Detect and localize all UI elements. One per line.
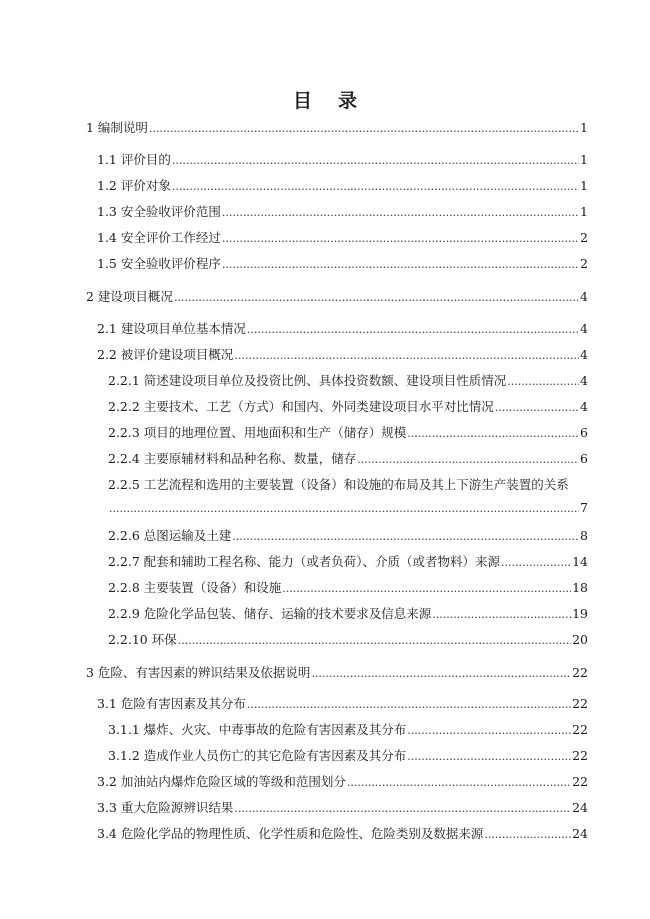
dot-leader <box>109 500 579 515</box>
toc-entry[interactable]: 3.1.2 造成作业人员伤亡的其它危险有害因素及其分布22 <box>108 746 588 764</box>
toc-page-number: 1 <box>580 178 588 193</box>
dot-leader <box>407 722 571 737</box>
toc-entry[interactable]: 1.1 评价目的1 <box>97 150 588 168</box>
toc-entry-label: 2.2.8 主要装置（设备）和设施 <box>108 578 281 596</box>
toc-page-number: 7 <box>580 500 588 515</box>
toc-entry[interactable]: 3.3 重大危险源辨识结果24 <box>97 798 588 816</box>
toc-entry[interactable]: 2.1 建设项目单位基本情况4 <box>97 319 588 337</box>
toc-page-number: 24 <box>572 826 588 841</box>
toc-page-number: 24 <box>572 800 588 815</box>
dot-leader <box>172 152 579 167</box>
toc-page-number: 22 <box>572 722 588 737</box>
toc-entry[interactable]: 2 建设项目概况4 <box>86 287 588 305</box>
toc-entry-label: 2.2.6 总图运输及土建 <box>108 526 231 544</box>
dot-leader <box>247 696 571 711</box>
toc-page-number: 4 <box>580 373 588 388</box>
toc-page-number: 8 <box>580 528 588 543</box>
toc-entry[interactable]: 1.3 安全验收评价范围1 <box>97 202 588 220</box>
toc-page-number: 20 <box>572 632 588 647</box>
page-title: 目录 <box>0 86 650 113</box>
toc-page-number: 22 <box>572 774 588 789</box>
dot-leader <box>507 373 579 388</box>
toc-page-number: 1 <box>580 152 588 167</box>
toc-entry-label: 2.2 被评价建设项目概况 <box>97 345 233 363</box>
dot-leader <box>347 774 571 789</box>
dot-leader <box>432 606 571 621</box>
toc-entry-label: 1.1 评价目的 <box>97 150 171 168</box>
toc-entry-label: 1.5 安全验收评价程序 <box>97 254 221 272</box>
toc-entry[interactable]: 2.2.5 工艺流程和选用的主要装置（设备）和设施的布局及其上下游生产装置的关系 <box>108 475 588 493</box>
dot-leader <box>172 178 579 193</box>
toc-entry-label: 2.2.10 环保 <box>108 630 177 648</box>
toc-entry[interactable]: 7 <box>108 500 588 515</box>
toc-page-number: 2 <box>580 256 588 271</box>
toc-entry-label: 3.3 重大危险源辨识结果 <box>97 798 233 816</box>
toc-entry[interactable]: 1 编制说明1 <box>86 118 588 136</box>
toc-entry[interactable]: 2.2.9 危险化学品包装、储存、运输的技术要求及信息来源19 <box>108 604 588 622</box>
toc-entry-label: 1 编制说明 <box>86 118 148 136</box>
toc-entry[interactable]: 2.2.6 总图运输及土建8 <box>108 526 588 544</box>
dot-leader <box>174 289 579 304</box>
toc-entry[interactable]: 3.4 危险化学品的物理性质、化学性质和危险性、危险类别及数据来源24 <box>97 824 588 842</box>
dot-leader <box>234 800 571 815</box>
dot-leader <box>501 554 571 569</box>
toc-page-number: 4 <box>580 289 588 304</box>
toc-entry[interactable]: 2.2.8 主要装置（设备）和设施18 <box>108 578 588 596</box>
toc-entry[interactable]: 2.2.2 主要技术、工艺（方式）和国内、外同类建设项目水平对比情况4 <box>108 397 588 415</box>
toc-entry-label: 3.1.2 造成作业人员伤亡的其它危险有害因素及其分布 <box>108 746 406 764</box>
toc-page-number: 22 <box>572 665 588 680</box>
toc-entry-label: 2.2.2 主要技术、工艺（方式）和国内、外同类建设项目水平对比情况 <box>108 397 494 415</box>
toc-entry-label: 2.2.3 项目的地理位置、用地面积和生产（储存）规模 <box>108 423 406 441</box>
toc-page-number: 22 <box>572 748 588 763</box>
toc-entry[interactable]: 2.2.7 配套和辅助工程名称、能力（或者负荷）、介质（或者物料）来源14 <box>108 552 588 570</box>
toc-entry-label: 1.2 评价对象 <box>97 176 171 194</box>
toc-page-number: 6 <box>580 425 588 440</box>
dot-leader <box>232 528 579 543</box>
toc-entry[interactable]: 1.4 安全评价工作经过2 <box>97 228 588 246</box>
toc-entry[interactable]: 2.2.3 项目的地理位置、用地面积和生产（储存）规模6 <box>108 423 588 441</box>
dot-leader <box>222 256 579 271</box>
toc-entry-label: 2.2.5 工艺流程和选用的主要装置（设备）和设施的布局及其上下游生产装置的关系 <box>108 475 569 493</box>
toc-entry-label: 2.2.1 简述建设项目单位及投资比例、具体投资数额、建设项目性质情况 <box>108 371 506 389</box>
toc-entry-label: 3.2 加油站内爆炸危险区域的等级和范围划分 <box>97 772 346 790</box>
toc-entry[interactable]: 2.2.4 主要原辅材料和品种名称、数量，储存6 <box>108 449 588 467</box>
toc-entry-label: 3.1.1 爆炸、火灾、中毒事故的危险有害因素及其分布 <box>108 720 406 738</box>
toc-entry[interactable]: 1.2 评价对象1 <box>97 176 588 194</box>
dot-leader <box>495 399 579 414</box>
toc-entry-label: 3.1 危险有害因素及其分布 <box>97 694 246 712</box>
dot-leader <box>407 425 579 440</box>
dot-leader <box>247 321 579 336</box>
toc-page-number: 14 <box>572 554 588 569</box>
dot-leader <box>311 665 571 680</box>
toc-page-number: 1 <box>580 204 588 219</box>
dot-leader <box>222 230 579 245</box>
toc-page-number: 2 <box>580 230 588 245</box>
dot-leader <box>484 826 571 841</box>
toc-entry[interactable]: 2.2.10 环保20 <box>108 630 588 648</box>
toc-page-number: 1 <box>580 120 588 135</box>
toc-entry[interactable]: 2.2.1 简述建设项目单位及投资比例、具体投资数额、建设项目性质情况4 <box>108 371 588 389</box>
toc-page-number: 4 <box>580 347 588 362</box>
toc-entry-label: 2.1 建设项目单位基本情况 <box>97 319 246 337</box>
dot-leader <box>407 748 571 763</box>
toc-page-number: 4 <box>580 321 588 336</box>
toc-entry-label: 1.4 安全评价工作经过 <box>97 228 221 246</box>
dot-leader <box>357 451 579 466</box>
toc-entry[interactable]: 3.1 危险有害因素及其分布22 <box>97 694 588 712</box>
dot-leader <box>222 204 579 219</box>
toc-entry-label: 2.2.4 主要原辅材料和品种名称、数量，储存 <box>108 449 356 467</box>
toc-entry-label: 3.4 危险化学品的物理性质、化学性质和危险性、危险类别及数据来源 <box>97 824 483 842</box>
toc-page-number: 6 <box>580 451 588 466</box>
toc-page-number: 4 <box>580 399 588 414</box>
dot-leader <box>178 632 571 647</box>
toc-entry-label: 3 危险、有害因素的辨识结果及依据说明 <box>86 663 310 681</box>
dot-leader <box>282 580 571 595</box>
toc-page-number: 19 <box>572 606 588 621</box>
dot-leader <box>149 120 579 135</box>
toc-entry-label: 2.2.7 配套和辅助工程名称、能力（或者负荷）、介质（或者物料）来源 <box>108 552 500 570</box>
toc-entry-label: 2 建设项目概况 <box>86 287 173 305</box>
toc-entry[interactable]: 3 危险、有害因素的辨识结果及依据说明22 <box>86 663 588 681</box>
dot-leader <box>234 347 579 362</box>
toc-page-number: 22 <box>572 696 588 711</box>
toc-entry-label: 1.3 安全验收评价范围 <box>97 202 221 220</box>
toc-entry[interactable]: 2.2 被评价建设项目概况4 <box>97 345 588 363</box>
toc-entry[interactable]: 3.1.1 爆炸、火灾、中毒事故的危险有害因素及其分布22 <box>108 720 588 738</box>
toc-page-number: 18 <box>572 580 588 595</box>
toc-entry-label: 2.2.9 危险化学品包装、储存、运输的技术要求及信息来源 <box>108 604 431 622</box>
toc-entry[interactable]: 3.2 加油站内爆炸危险区域的等级和范围划分22 <box>97 772 588 790</box>
toc-entry[interactable]: 1.5 安全验收评价程序2 <box>97 254 588 272</box>
